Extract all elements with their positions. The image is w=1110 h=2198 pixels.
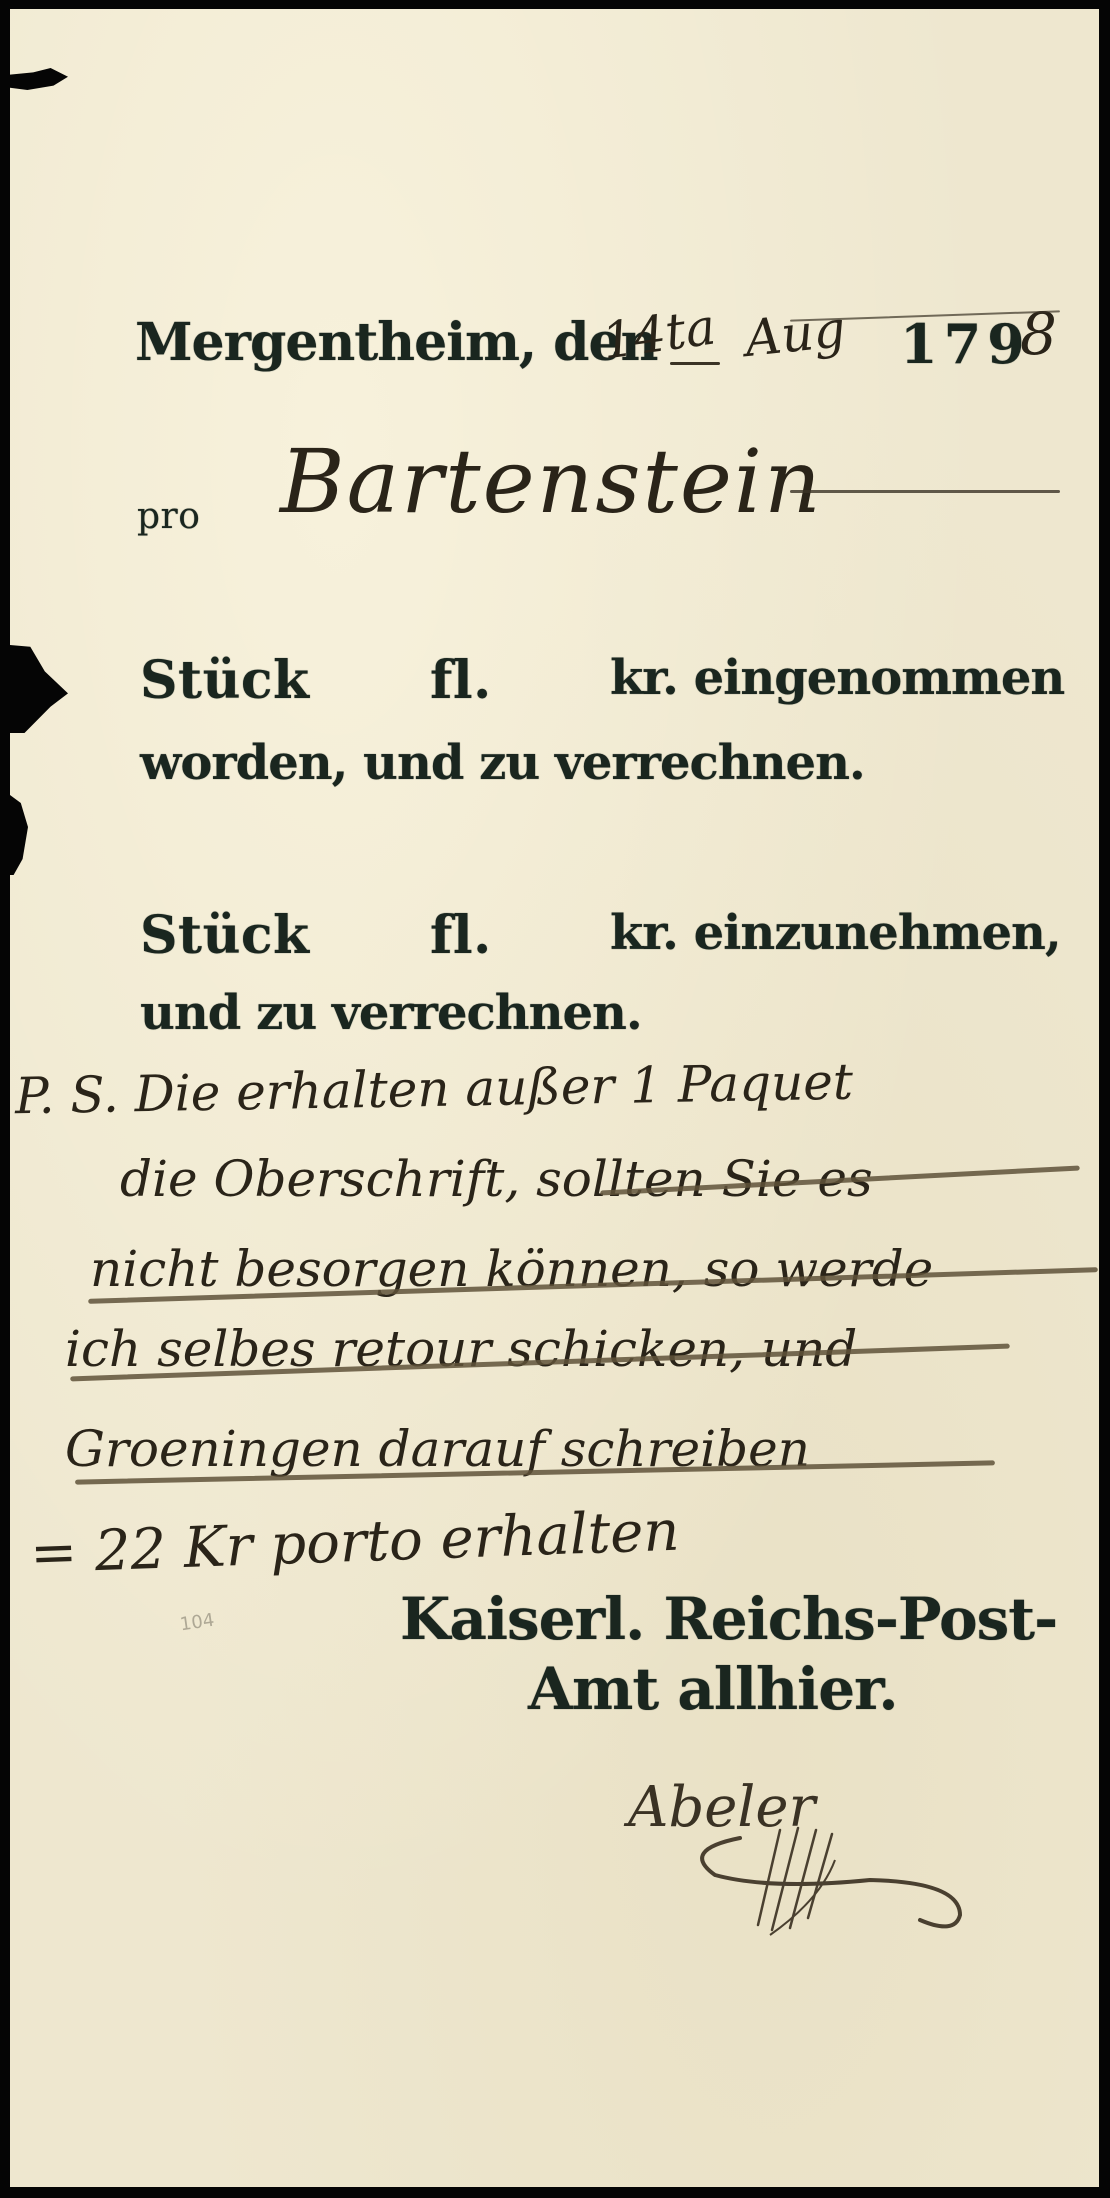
signature-flourish: [620, 1820, 980, 1960]
form1-kr: kr. eingenommen: [610, 650, 1064, 706]
form2-line2: und zu verrechnen.: [140, 985, 642, 1041]
destination-label: pro: [137, 496, 200, 537]
form1-stueck: Stück: [140, 650, 310, 711]
form2-stueck: Stück: [140, 905, 310, 966]
form2-fl: fl.: [430, 905, 492, 966]
office-line-2: Amt allhier.: [528, 1655, 898, 1723]
form2-kr: kr. einzunehmen,: [610, 905, 1061, 961]
office-line-1: Kaiserl. Reichs-Post-: [400, 1585, 1057, 1653]
note-line-4: ich selbes retour schicken, und: [65, 1320, 857, 1378]
form1-line2: worden, und zu verrechnen.: [140, 735, 865, 791]
destination-handwritten: Bartenstein: [280, 430, 823, 533]
day-underline: [670, 362, 720, 365]
destination-flourish: [790, 490, 1060, 493]
form1-fl: fl.: [430, 650, 492, 711]
place-printed: Mergentheim, den: [135, 312, 657, 373]
month-handwritten: Aug: [742, 300, 848, 368]
year-printed: 179: [900, 312, 1031, 376]
note-line-2: die Oberschrift, sollten Sie es: [120, 1150, 873, 1208]
